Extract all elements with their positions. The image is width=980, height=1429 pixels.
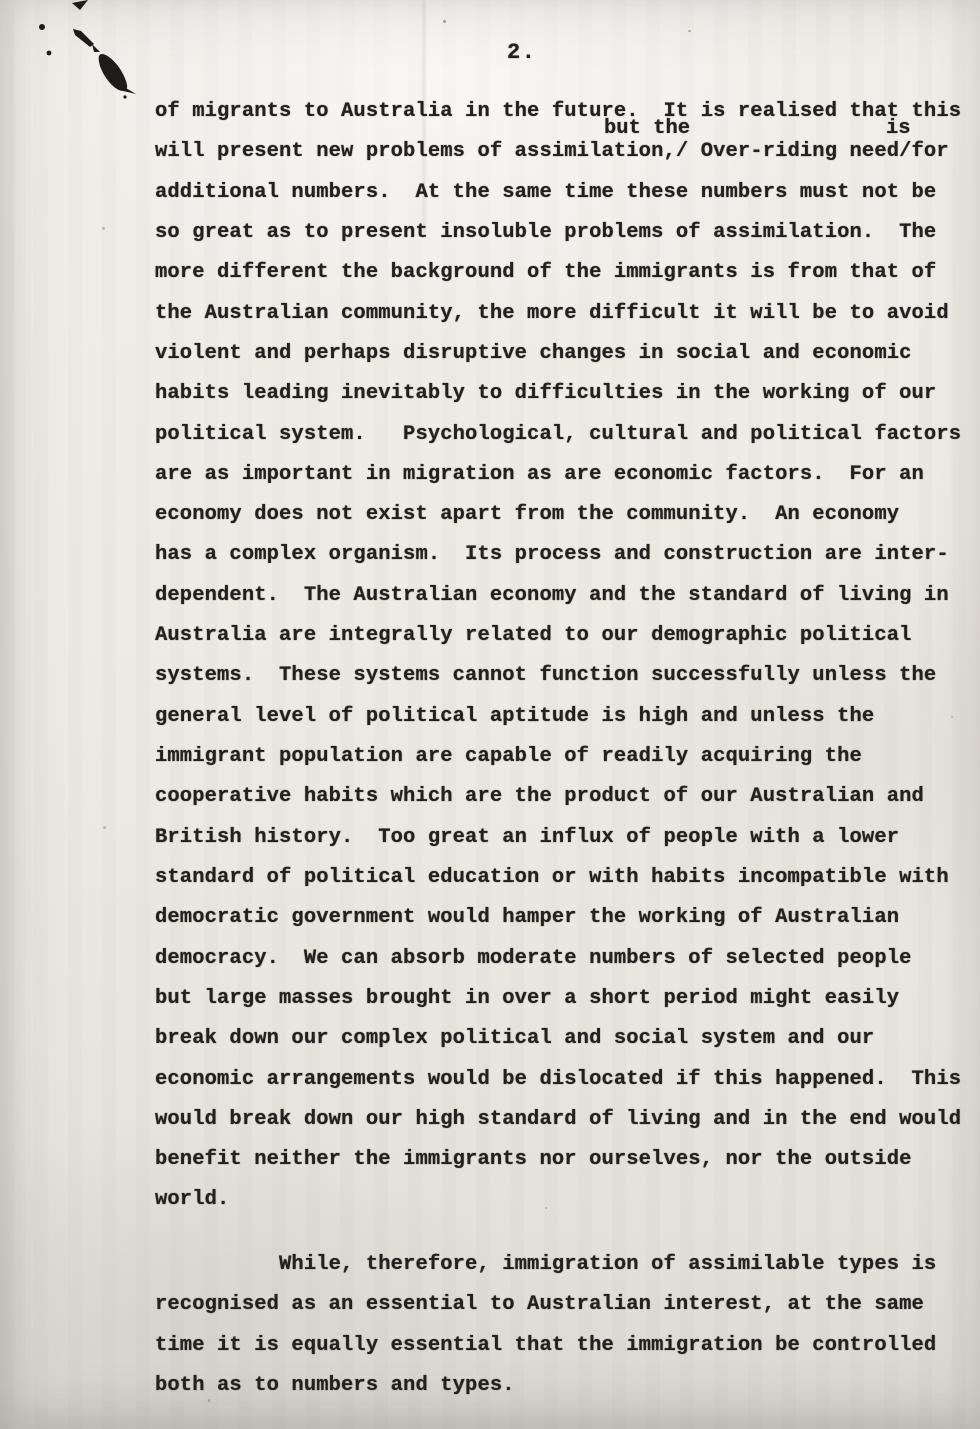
text-line: economy does not exist apart from the co… bbox=[155, 495, 961, 535]
ink-speck bbox=[443, 20, 446, 23]
text-line: standard of political education or with … bbox=[155, 858, 961, 898]
text-line: political system. Psychological, cultura… bbox=[155, 415, 961, 455]
text-line: British history. Too great an influx of … bbox=[155, 818, 961, 858]
text-line: benefit neither the immigrants nor ourse… bbox=[155, 1140, 961, 1180]
text-line: Australia are integrally related to our … bbox=[155, 616, 961, 656]
text-line: systems. These systems cannot function s… bbox=[155, 656, 961, 696]
ink-speck bbox=[102, 227, 105, 230]
text-line: general level of political aptitude is h… bbox=[155, 697, 961, 737]
ink-speck bbox=[688, 30, 691, 32]
text-line: violent and perhaps disruptive changes i… bbox=[155, 334, 961, 374]
document-page: 2. but the is of migrants to Australia i… bbox=[0, 0, 980, 1429]
text-line: so great as to present insoluble problem… bbox=[155, 213, 961, 253]
text-line: are as important in migration as are eco… bbox=[155, 455, 961, 495]
text-line: break down our complex political and soc… bbox=[155, 1019, 961, 1059]
text-line: immigrant population are capable of read… bbox=[155, 737, 961, 777]
text-line: economic arrangements would be dislocate… bbox=[155, 1060, 961, 1100]
text-line: additional numbers. At the same time the… bbox=[155, 173, 961, 213]
text-line: has a complex organism. Its process and … bbox=[155, 535, 961, 575]
text-line: both as to numbers and types. bbox=[155, 1366, 936, 1406]
paragraph-main: of migrants to Australia in the future. … bbox=[155, 92, 961, 1221]
text-line: would break down our high standard of li… bbox=[155, 1100, 961, 1140]
page-number: 2. bbox=[507, 40, 536, 65]
text-line: habits leading inevitably to difficultie… bbox=[155, 374, 961, 414]
text-line: of migrants to Australia in the future. … bbox=[155, 92, 961, 132]
text-line: time it is equally essential that the im… bbox=[155, 1326, 936, 1366]
text-line: but large masses brought in over a short… bbox=[155, 979, 961, 1019]
text-line: While, therefore, immigration of assimil… bbox=[155, 1245, 936, 1285]
text-line: will present new problems of assimilatio… bbox=[155, 132, 961, 172]
text-line: cooperative habits which are the product… bbox=[155, 777, 961, 817]
text-line: dependent. The Australian economy and th… bbox=[155, 576, 961, 616]
text-line: the Australian community, the more diffi… bbox=[155, 294, 961, 334]
ink-speck bbox=[103, 826, 106, 829]
paragraph-closing: While, therefore, immigration of assimil… bbox=[155, 1245, 936, 1406]
text-line: democratic government would hamper the w… bbox=[155, 898, 961, 938]
text-line: recognised as an essential to Australian… bbox=[155, 1285, 936, 1325]
text-line: more different the background of the imm… bbox=[155, 253, 961, 293]
ink-blot bbox=[28, 0, 148, 102]
text-line: democracy. We can absorb moderate number… bbox=[155, 939, 961, 979]
text-line: world. bbox=[155, 1180, 961, 1220]
